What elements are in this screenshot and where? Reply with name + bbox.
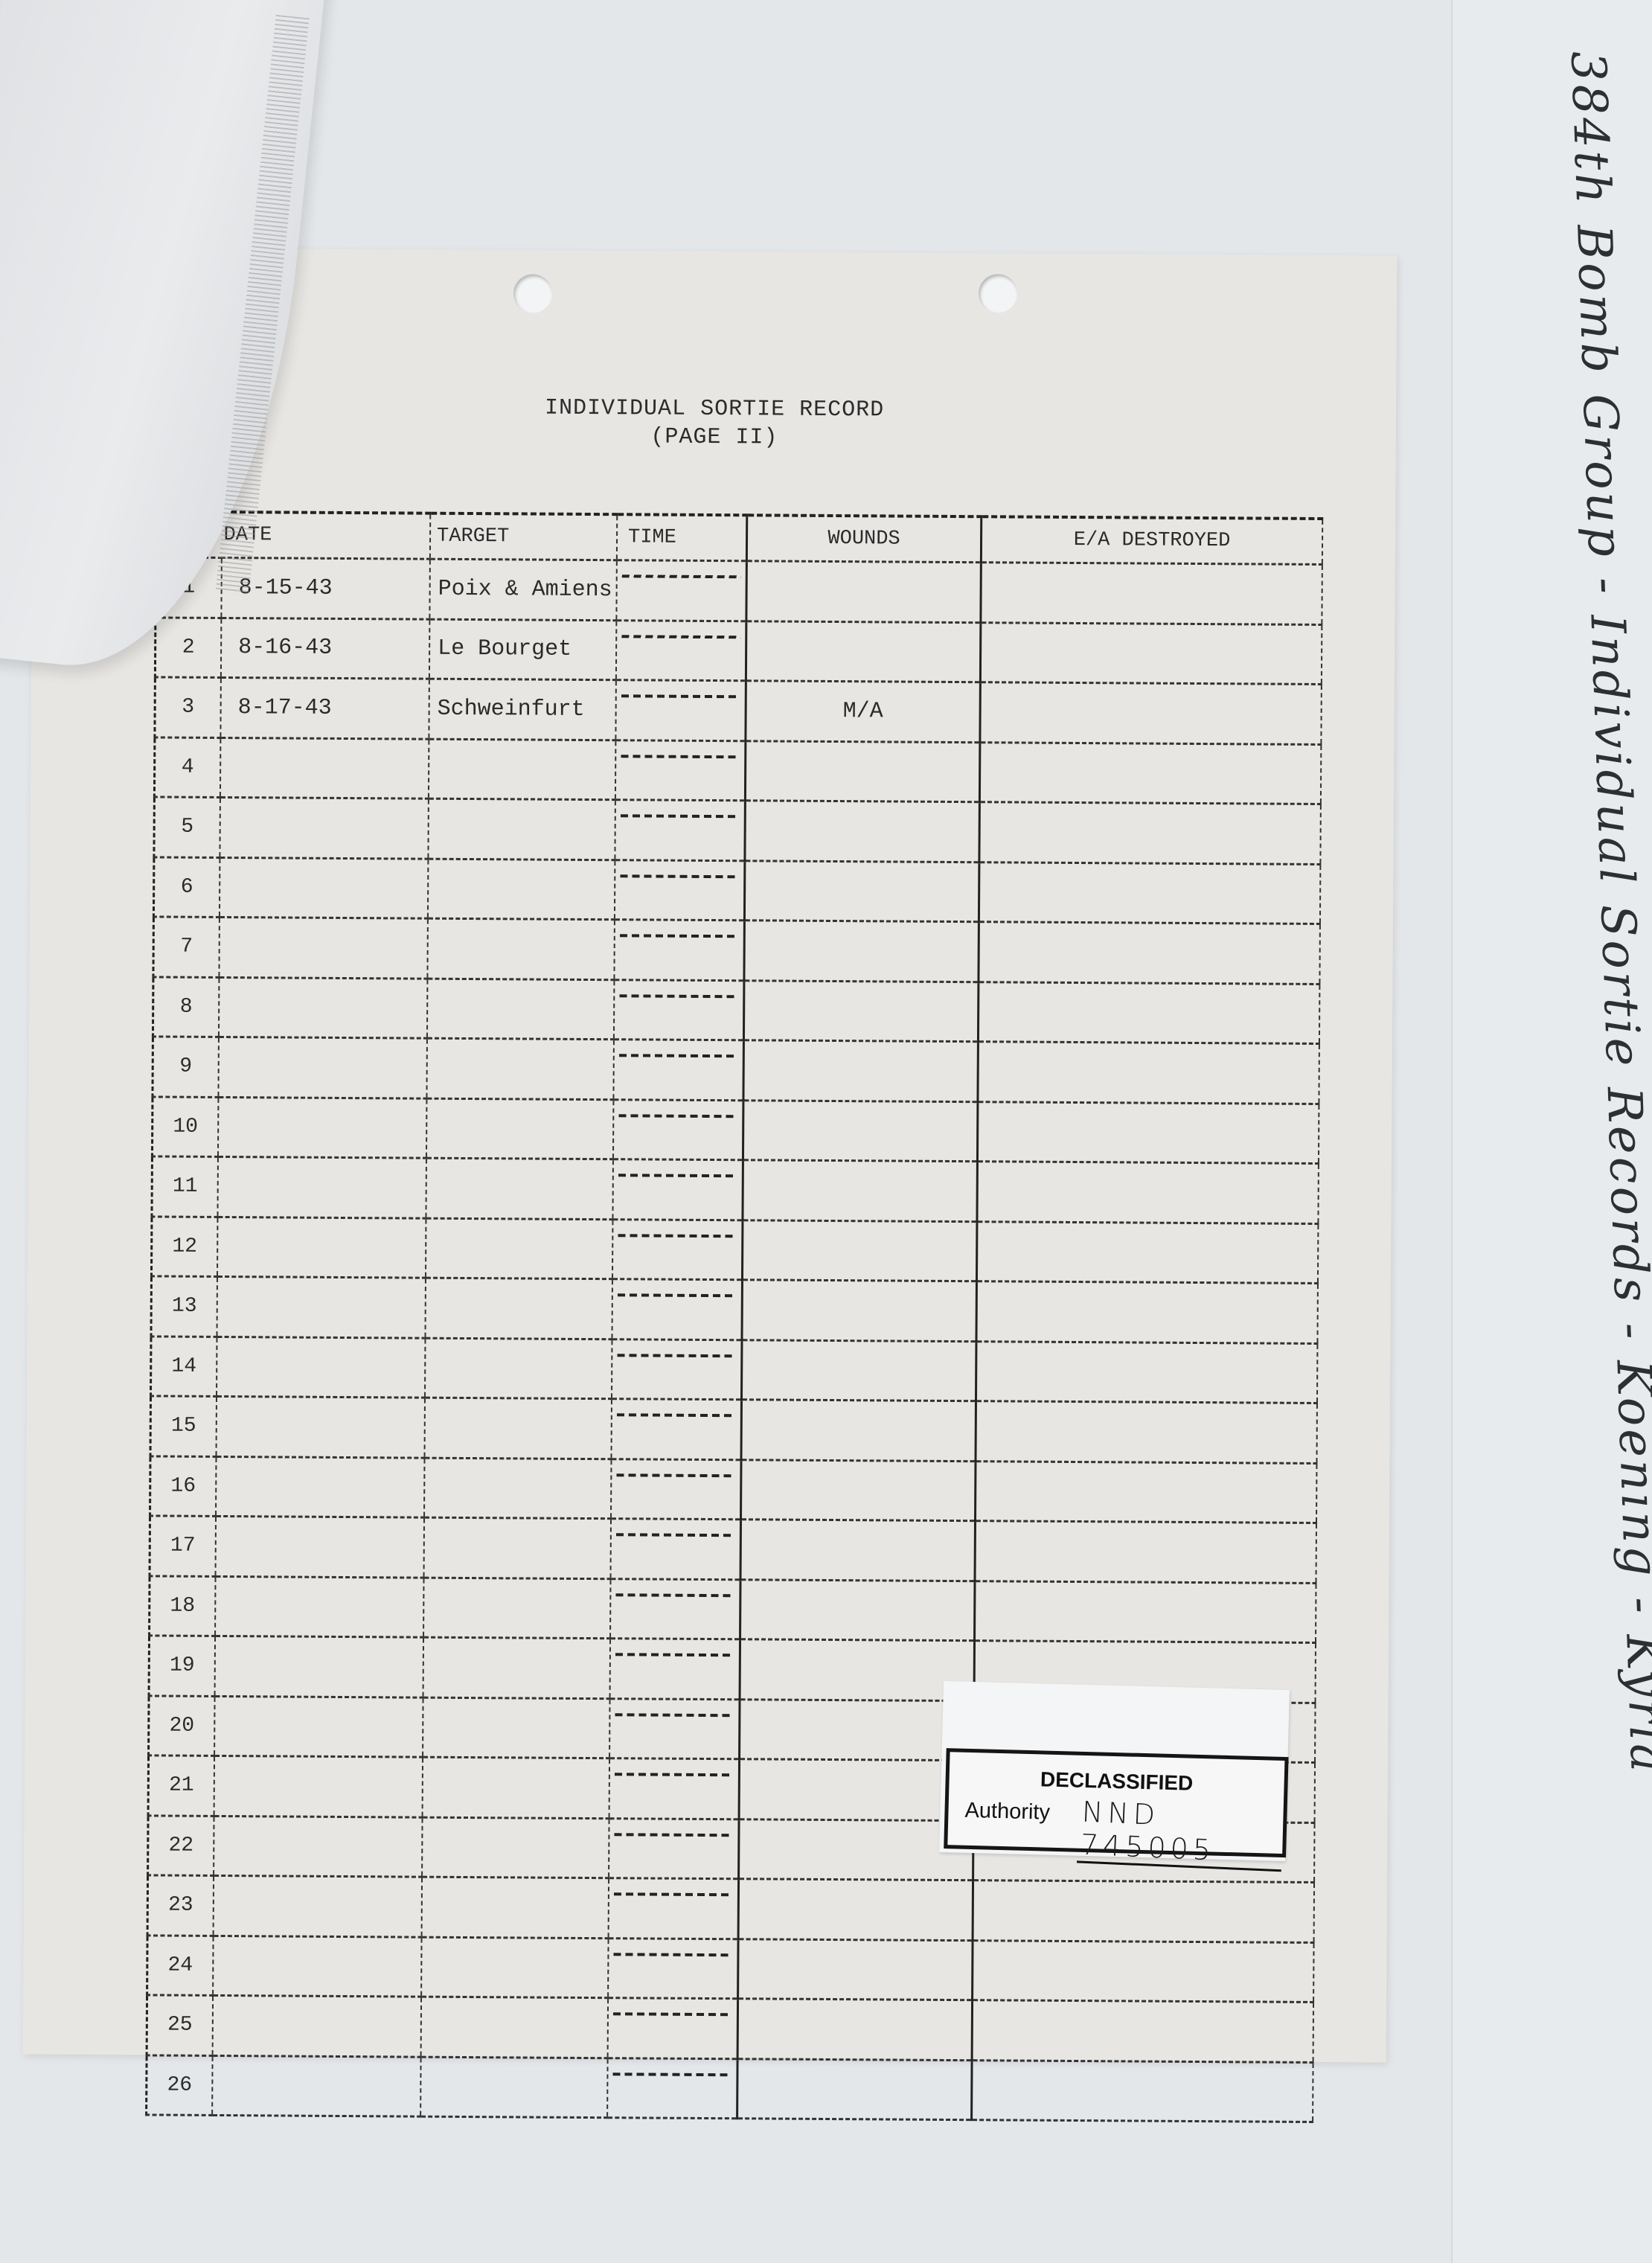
- ea-destroyed-cell: [979, 802, 1321, 864]
- wounds-cell: [743, 980, 978, 1041]
- punch-hole-left: [513, 274, 552, 313]
- row-number: 19: [149, 1636, 215, 1696]
- time-dash-line: [613, 2012, 732, 2016]
- target-cell: [429, 739, 615, 800]
- table-row: 15: [150, 1396, 1317, 1463]
- time-dash-line: [618, 1234, 737, 1238]
- wounds-cell: [737, 2058, 972, 2119]
- date-cell: [213, 1936, 421, 1997]
- time-dash-line: [621, 635, 740, 638]
- target-cell: [427, 918, 614, 979]
- ea-destroyed-cell: [977, 1162, 1319, 1223]
- target-cell: [422, 1817, 609, 1878]
- wounds-cell: [737, 1999, 972, 2060]
- time-dash-line: [620, 934, 739, 938]
- time-dash-line: [615, 1653, 734, 1657]
- row-number: 4: [154, 737, 220, 797]
- ea-destroyed-cell: [973, 1881, 1314, 1942]
- row-number: 7: [153, 917, 220, 977]
- time-dash-line: [620, 874, 739, 878]
- time-dash-line: [618, 1293, 737, 1297]
- table-row: 6: [153, 857, 1320, 924]
- date-cell: [218, 1037, 426, 1098]
- time-cell: [611, 1519, 741, 1580]
- table-row: 28-16-43Le Bourget: [155, 617, 1322, 684]
- wounds-cell: [740, 1699, 974, 1760]
- time-dash-line: [619, 1054, 738, 1057]
- date-cell: [217, 1276, 425, 1337]
- time-cell: [609, 1818, 739, 1879]
- wounds-cell: [738, 1939, 973, 2000]
- row-number: 23: [147, 1875, 214, 1936]
- table-row: 9: [153, 1037, 1319, 1104]
- table-row: 14: [151, 1336, 1318, 1403]
- row-number: 20: [149, 1695, 215, 1755]
- stamp-heading: DECLASSIFIED: [949, 1765, 1284, 1798]
- ea-destroyed-cell: [972, 2000, 1313, 2062]
- header-ea-destroyed: E/A DESTROYED: [981, 516, 1322, 564]
- time-cell: [614, 920, 744, 981]
- target-cell: [421, 1997, 608, 2058]
- ea-destroyed-cell: [979, 922, 1320, 984]
- ea-destroyed-cell: [977, 1101, 1319, 1163]
- ea-destroyed-cell: [979, 862, 1320, 924]
- row-number: 3: [155, 677, 221, 737]
- time-cell: [612, 1339, 742, 1400]
- row-number: 22: [148, 1815, 214, 1875]
- date-cell: [217, 1156, 426, 1217]
- time-dash-line: [616, 1533, 735, 1537]
- wounds-cell: [742, 1280, 976, 1341]
- table-row: 25: [147, 1995, 1313, 2062]
- time-cell: [609, 1878, 739, 1939]
- time-dash-line: [616, 1473, 735, 1477]
- target-cell: Poix & Amiens: [429, 559, 616, 620]
- row-number: 25: [147, 1995, 213, 2055]
- time-cell: [609, 1758, 740, 1819]
- target-cell: [422, 1877, 609, 1938]
- ea-destroyed-cell: [978, 982, 1319, 1043]
- row-number: 5: [154, 797, 220, 857]
- table-row: 38-17-43SchweinfurtM/A: [155, 677, 1322, 744]
- target-cell: [425, 1398, 612, 1459]
- row-number: 21: [148, 1755, 214, 1816]
- time-cell: [608, 1998, 738, 2059]
- date-cell: [217, 1396, 425, 1457]
- wounds-cell: [742, 1220, 976, 1281]
- time-dash-line: [615, 1773, 734, 1776]
- ea-destroyed-cell: [979, 742, 1321, 804]
- punch-hole-right: [979, 274, 1017, 313]
- ea-destroyed-cell: [972, 2060, 1313, 2122]
- time-cell: [613, 1099, 743, 1160]
- wounds-cell: [741, 1459, 976, 1520]
- target-cell: Schweinfurt: [429, 679, 615, 740]
- time-cell: [612, 1279, 742, 1340]
- table-row: 26: [147, 2055, 1313, 2122]
- wounds-cell: [743, 1160, 977, 1221]
- time-cell: [613, 1040, 743, 1101]
- time-cell: [609, 1698, 740, 1759]
- row-number: 9: [153, 1037, 219, 1097]
- time-cell: [610, 1639, 740, 1700]
- time-dash-line: [622, 574, 741, 578]
- time-dash-line: [614, 1833, 733, 1837]
- time-cell: [615, 860, 745, 921]
- ea-destroyed-cell: [975, 1521, 1316, 1583]
- wounds-cell: [743, 1040, 978, 1101]
- row-number: 15: [150, 1396, 217, 1456]
- ea-destroyed-cell: [981, 563, 1322, 624]
- stamp-authority-value: NND 745005: [1077, 1795, 1284, 1872]
- table-row: 13: [151, 1276, 1318, 1343]
- time-cell: [611, 1459, 741, 1520]
- stamp-box: DECLASSIFIED Authority NND 745005: [944, 1748, 1288, 1857]
- time-dash-line: [621, 694, 740, 698]
- target-cell: Le Bourget: [429, 619, 616, 680]
- target-cell: [428, 859, 615, 920]
- ea-destroyed-cell: [973, 1940, 1314, 2002]
- wounds-cell: [741, 1400, 976, 1461]
- wounds-cell: M/A: [746, 681, 980, 742]
- time-dash-line: [617, 1413, 736, 1417]
- date-cell: [219, 917, 427, 978]
- date-cell: [213, 1995, 421, 2056]
- time-dash-line: [618, 1174, 737, 1177]
- date-cell: [212, 2055, 420, 2116]
- wounds-cell: [746, 621, 980, 682]
- date-cell: 8-15-43: [221, 557, 429, 618]
- table-header-row: DATE TARGET TIME WOUNDS E/A DESTROYED: [156, 511, 1322, 564]
- time-dash-line: [621, 755, 740, 758]
- ea-destroyed-cell: [976, 1221, 1318, 1283]
- ea-destroyed-cell: [980, 622, 1322, 684]
- date-cell: [217, 1337, 425, 1398]
- time-dash-line: [618, 1114, 737, 1118]
- time-dash-line: [619, 994, 738, 998]
- target-cell: [424, 1517, 611, 1578]
- wounds-cell: [745, 801, 979, 862]
- table-row: 17: [150, 1516, 1316, 1583]
- ea-destroyed-cell: [976, 1281, 1318, 1343]
- table-row: 23: [147, 1875, 1314, 1942]
- wounds-cell: [740, 1639, 974, 1700]
- wounds-cell: [745, 740, 979, 801]
- date-cell: [219, 977, 427, 1038]
- header-time: TIME: [617, 514, 747, 561]
- date-cell: [218, 1097, 426, 1158]
- row-number: 10: [152, 1096, 218, 1156]
- table-row: 7: [153, 917, 1320, 984]
- ea-destroyed-cell: [976, 1401, 1317, 1463]
- target-cell: [425, 1278, 612, 1339]
- target-cell: [426, 1098, 613, 1159]
- time-cell: [612, 1159, 743, 1220]
- time-cell: [612, 1399, 742, 1460]
- table-row: 18: [150, 1575, 1316, 1642]
- wounds-cell: [741, 1339, 976, 1401]
- time-cell: [608, 1938, 738, 1999]
- wounds-cell: [740, 1520, 975, 1581]
- time-dash-line: [614, 1892, 733, 1896]
- table-row: 5: [154, 797, 1321, 864]
- table-row: 11: [152, 1156, 1319, 1223]
- wounds-cell: [739, 1759, 973, 1820]
- header-wounds: WOUNDS: [746, 515, 981, 562]
- target-cell: [421, 1937, 608, 1998]
- wounds-cell: [740, 1579, 975, 1640]
- target-cell: [423, 1637, 610, 1698]
- time-cell: [615, 680, 746, 741]
- ea-destroyed-cell: [976, 1341, 1317, 1403]
- table-row: 8: [153, 976, 1319, 1043]
- ea-destroyed-cell: [978, 1042, 1319, 1104]
- time-cell: [616, 620, 746, 681]
- date-cell: [214, 1816, 422, 1877]
- wounds-cell: [744, 921, 979, 982]
- row-number: 2: [155, 617, 221, 677]
- row-number: 26: [147, 2055, 213, 2115]
- target-cell: [428, 798, 615, 860]
- date-cell: [220, 797, 428, 858]
- row-number: 8: [153, 976, 219, 1037]
- table-row: 16: [150, 1456, 1317, 1523]
- date-cell: [214, 1875, 422, 1936]
- time-dash-line: [615, 1593, 734, 1597]
- ea-destroyed-cell: [980, 682, 1322, 744]
- time-cell: [614, 979, 744, 1040]
- wounds-cell: [743, 1100, 977, 1161]
- date-cell: [216, 1456, 424, 1517]
- target-cell: [426, 1218, 612, 1279]
- time-dash-line: [613, 1953, 732, 1956]
- ea-destroyed-cell: [976, 1461, 1317, 1523]
- row-number: 17: [150, 1516, 216, 1576]
- stamp-authority-label: Authority: [964, 1799, 1050, 1825]
- time-dash-line: [617, 1354, 736, 1357]
- target-cell: [420, 2057, 607, 2118]
- wounds-cell: [744, 860, 979, 921]
- wounds-cell: [739, 1819, 973, 1880]
- target-cell: [426, 1038, 613, 1099]
- target-cell: [424, 1458, 611, 1519]
- row-number: 14: [151, 1336, 217, 1396]
- target-cell: [423, 1697, 609, 1758]
- time-cell: [612, 1219, 743, 1280]
- table-row: 18-15-43Poix & Amiens: [156, 557, 1322, 624]
- declassified-stamp: DECLASSIFIED Authority NND 745005: [939, 1681, 1290, 1861]
- date-cell: [215, 1576, 423, 1637]
- date-cell: [216, 1516, 424, 1577]
- date-cell: [214, 1696, 423, 1757]
- time-cell: [615, 740, 746, 801]
- table-row: 10: [152, 1096, 1319, 1163]
- row-number: 6: [153, 857, 220, 917]
- row-number: 24: [147, 1935, 214, 1995]
- date-cell: [220, 737, 429, 798]
- time-dash-line: [612, 2072, 731, 2076]
- target-cell: [425, 1338, 612, 1399]
- date-cell: [220, 857, 428, 918]
- time-dash-line: [621, 814, 740, 818]
- row-number: 12: [151, 1216, 217, 1276]
- time-dash-line: [615, 1713, 734, 1717]
- table-row: 24: [147, 1935, 1314, 2002]
- time-cell: [610, 1578, 740, 1639]
- target-cell: [426, 1158, 612, 1219]
- row-number: 11: [152, 1156, 218, 1217]
- time-cell: [607, 2058, 737, 2119]
- date-cell: [217, 1217, 426, 1278]
- table-row: 4: [154, 737, 1321, 804]
- target-cell: [423, 1578, 610, 1639]
- table-row: 12: [151, 1216, 1318, 1283]
- time-cell: [615, 800, 745, 861]
- date-cell: [214, 1755, 423, 1817]
- wounds-cell: [738, 1879, 973, 1940]
- table-body: 18-15-43Poix & Amiens28-16-43Le Bourget3…: [147, 557, 1322, 2122]
- sortie-table: DATE TARGET TIME WOUNDS E/A DESTROYED 18…: [145, 510, 1323, 2123]
- row-number: 16: [150, 1456, 217, 1516]
- target-cell: [423, 1757, 609, 1818]
- time-cell: [616, 560, 746, 621]
- ea-destroyed-cell: [975, 1581, 1316, 1642]
- target-cell: [427, 979, 614, 1040]
- header-target: TARGET: [430, 513, 617, 560]
- row-number: 13: [151, 1276, 217, 1337]
- wounds-cell: [746, 561, 981, 622]
- date-cell: 8-16-43: [221, 618, 429, 679]
- date-cell: 8-17-43: [220, 677, 429, 738]
- row-number: 18: [150, 1575, 216, 1636]
- date-cell: [215, 1636, 423, 1697]
